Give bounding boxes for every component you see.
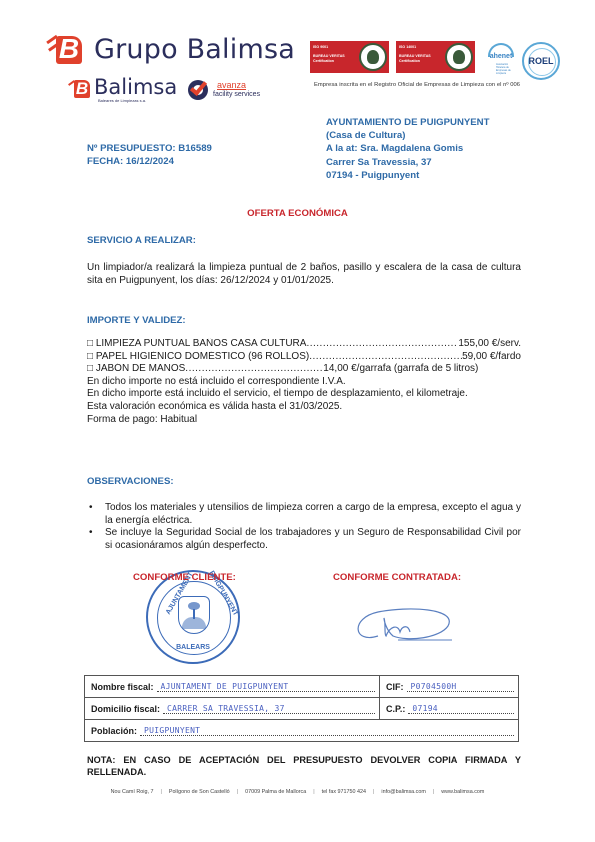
validity-note: Esta valoración económica es válida hast…: [87, 401, 521, 414]
fiscal-data-table: Nombre fiscal: AJUNTAMENT DE PUIGPUNYENT…: [84, 675, 519, 742]
sub-brand-tagline: Baleares de Limpiezas s.a.: [98, 98, 177, 103]
conforme-contratada-label: CONFORME CONTRATADA:: [333, 572, 461, 583]
importe-block: □ LIMPIEZA PUNTUAL BAÑOS CASA CULTURA155…: [87, 338, 521, 426]
avanza-check-icon: [188, 78, 210, 100]
price-line-limpieza: □ LIMPIEZA PUNTUAL BAÑOS CASA CULTURA155…: [87, 338, 521, 351]
observaciones-list: Todos los materiales y utensilios de lim…: [87, 502, 521, 552]
budget-info: Nº PRESUPUESTO: B16589 FECHA: 16/12/2024: [87, 142, 212, 168]
acceptance-note: NOTA: EN CASO DE ACEPTACIÓN DEL PRESUPUE…: [87, 754, 521, 778]
balimsa-logo: B Balimsa Baleares de Limpiezas s.a.: [68, 76, 177, 103]
checkbox-icon: □: [87, 363, 93, 376]
municipal-stamp: AJUNTAMENT PUIGPUNYENT BALEARS: [146, 570, 240, 664]
checkbox-icon: □: [87, 338, 93, 351]
footer-phone: tel fax 971750 424: [322, 789, 366, 795]
servicio-heading: SERVICIO A REALIZAR:: [87, 235, 196, 246]
conforme-cliente-label: CONFORME CLIENTE:: [133, 572, 236, 583]
payment-note: Forma de pago: Habitual: [87, 414, 521, 427]
cif-label: CIF:: [386, 682, 404, 692]
avanza-name: avanza: [217, 80, 260, 90]
domicilio-fiscal-field[interactable]: CARRER SA TRAVESSIA, 37: [163, 704, 375, 714]
footer-contact: Nou Camí Roig, 7|Polígono de Son Castell…: [0, 789, 595, 795]
footer-poligono: Polígono de Son Castelló: [169, 789, 230, 795]
balimsa-b-icon: B: [46, 32, 84, 66]
poblacion-label: Población:: [91, 726, 137, 736]
avanza-tagline: facility services: [213, 90, 260, 99]
cp-label: C.P.:: [386, 704, 405, 714]
budget-number: Nº PRESUPUESTO: B16589: [87, 142, 212, 155]
cp-field[interactable]: 07194: [408, 704, 514, 714]
footer-website-link[interactable]: www.balimsa.com: [441, 789, 484, 795]
domicilio-fiscal-label: Domicilio fiscal:: [91, 704, 160, 714]
footer-address: Nou Camí Roig, 7: [111, 789, 154, 795]
document-title: OFERTA ECONÓMICA: [0, 208, 595, 219]
poblacion-field[interactable]: PUIGPUNYENT: [140, 726, 514, 736]
price-line-papel: □ PAPEL HIGIÉNICO DOMÉSTICO (96 ROLLOS) …: [87, 351, 521, 364]
list-item: Todos los materiales y utensilios de lim…: [87, 502, 521, 527]
nombre-fiscal-label: Nombre fiscal:: [91, 682, 154, 692]
brand-main-text: Grupo Balimsa: [94, 34, 295, 65]
servicio-text: Un limpiador/a realizará la limpieza pun…: [87, 262, 521, 287]
list-item: Se incluye la Seguridad Social de los tr…: [87, 527, 521, 552]
iso-14001-certification-badge: ISO 14001 BUREAU VERITAS Certification: [396, 41, 475, 73]
footer-city: 07009 Palma de Mallorca: [245, 789, 306, 795]
observaciones-heading: OBSERVACIONES:: [87, 476, 174, 487]
checkbox-icon: □: [87, 351, 93, 364]
importe-heading: IMPORTE Y VALIDEZ:: [87, 315, 186, 326]
roel-logo: ROEL: [522, 42, 560, 80]
iso-9001-certification-badge: ISO 9001 BUREAU VERITAS Certification: [310, 41, 389, 73]
bureau-veritas-seal-icon: [445, 43, 473, 71]
sub-brand-name: Balimsa: [94, 76, 177, 98]
cif-field[interactable]: P0704500H: [407, 682, 515, 692]
budget-date: FECHA: 16/12/2024: [87, 155, 212, 168]
price-line-jabon: □ JABÓN DE MANOS14,00 €/garrafa (garrafa…: [87, 363, 521, 376]
footer-email-link[interactable]: info@balimsa.com: [381, 789, 425, 795]
balimsa-b-small-icon: B: [68, 78, 92, 100]
ahenet-logo: ahenet Asociación Hotelera de Empresas d…: [484, 43, 518, 81]
included-note: En dicho importe está incluido el servic…: [87, 388, 521, 401]
nombre-fiscal-field[interactable]: AJUNTAMENT DE PUIGPUNYENT: [157, 682, 375, 692]
iva-note: En dicho importe no está incluido el cor…: [87, 376, 521, 389]
recipient-address: AYUNTAMIENTO DE PUIGPUNYENT (Casa de Cul…: [326, 116, 489, 182]
bureau-veritas-seal-icon: [359, 43, 387, 71]
grupo-balimsa-logo: B Grupo Balimsa: [46, 32, 295, 66]
avanza-logo: avanza facility services: [188, 78, 260, 100]
contractor-signature: [348, 604, 458, 646]
registro-text: Empresa inscrita en el Registro Oficial …: [314, 82, 520, 88]
